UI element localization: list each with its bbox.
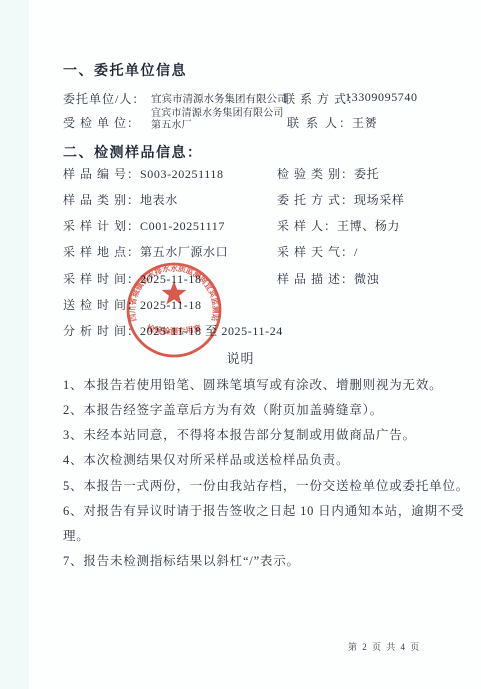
field-label: 样 品 描 述： <box>277 270 354 287</box>
field-value: C001-20251117 <box>140 219 225 234</box>
note-line-7: 7、报告未检测指标结果以斜杠“/”表示。 <box>63 551 300 569</box>
field-value: 委托 <box>354 165 379 182</box>
info-row-sample-no: 样 品 编 号：S003-20251118 <box>63 165 224 182</box>
field-label: 样 品 类 别： <box>63 191 140 208</box>
notes-title: 说明 <box>0 348 481 367</box>
section2-title: 二、检测样品信息： <box>63 142 203 162</box>
client-row: 委托单位/人： 宜宾市清源水务集团有限公司 联 系 方 式： 133090957… <box>0 90 481 106</box>
field-label: 委 托 方 式： <box>277 191 354 208</box>
field-label: 采 样 人： <box>277 217 337 234</box>
field-value: 地表水 <box>140 191 178 208</box>
info-row-sample-type: 样 品 类 别：地表水 <box>63 191 178 208</box>
client-label: 委托单位/人： <box>63 90 145 107</box>
client-name: 宜宾市清源水务集团有限公司 <box>151 91 288 106</box>
inspected-label: 受 检 单 位： <box>63 114 140 131</box>
note-line-6: 6、对报告有异议时请于报告签收之日起 10 日内通知本站，逾期不受 <box>63 501 464 519</box>
inspected-name-line2: 第五水厂 <box>151 120 284 132</box>
info-row-sampling-plan: 采 样 计 划：C001-20251117 <box>63 217 225 234</box>
note-line-5: 5、本报告一式两份，一份由我站存档，一份交送检单位或委托单位。 <box>63 476 469 494</box>
field-value: 第五水厂源水口 <box>140 243 228 260</box>
field-label: 采 样 地 点： <box>63 243 140 260</box>
note-line-2: 2、本报告经签字盖章后方为有效（附页加盖骑缝章）。 <box>63 400 383 418</box>
note-line-4: 4、本次检测结果仅对所采样品或送检样品负责。 <box>63 450 349 468</box>
info-row-check-type: 检 验 类 别：委托 <box>277 165 379 182</box>
field-value: 现场采样 <box>354 191 404 208</box>
field-label: 样 品 编 号： <box>63 165 140 182</box>
info-row-weather: 采 样 天 气：/ <box>277 243 358 260</box>
field-label: 采 样 天 气： <box>277 243 354 260</box>
contact-person-value: 王赟 <box>352 114 377 131</box>
inspection-stamp: 四川省城镇供水排水水质监测网宜宾监测站 检验检测专用章 <box>125 261 223 359</box>
contact-method-value: 13309095740 <box>345 90 418 105</box>
field-value: 微浊 <box>354 270 379 287</box>
inspected-row: 受 检 单 位： 宜宾市清源水务集团有限公司 第五水厂 联 系 人： 王赟 <box>0 107 481 133</box>
inspected-name: 宜宾市清源水务集团有限公司 第五水厂 <box>151 108 284 131</box>
inspected-name-line1: 宜宾市清源水务集团有限公司 <box>151 108 284 120</box>
note-line-1: 1、本报告若使用铅笔、圆珠笔填写或有涂改、增删则视为无效。 <box>63 375 442 393</box>
note-line-6-wrap: 理。 <box>63 526 90 544</box>
field-value: / <box>354 245 358 260</box>
stamp-bottom-text: 检验检测专用章 <box>146 323 202 336</box>
page-number: 第 2 页 共 4 页 <box>348 640 421 653</box>
info-row-entrust-mode: 委 托 方 式：现场采样 <box>277 191 404 208</box>
field-value: 王博、杨力 <box>337 217 400 234</box>
field-label: 采 样 计 划： <box>63 217 140 234</box>
contact-person-label: 联 系 人： <box>287 114 353 131</box>
note-line-3: 3、未经本站同意，不得将本报告部分复制或用做商品广告。 <box>63 425 416 443</box>
info-row-sample-desc: 样 品 描 述：微浊 <box>277 270 379 287</box>
star-icon <box>162 281 187 305</box>
section1-title: 一、委托单位信息 <box>63 60 187 80</box>
info-row-sampler: 采 样 人：王博、杨力 <box>277 217 400 234</box>
field-value: S003-20251118 <box>140 167 224 182</box>
field-label: 检 验 类 别： <box>277 165 354 182</box>
info-row-sampling-site: 采 样 地 点：第五水厂源水口 <box>63 243 228 260</box>
